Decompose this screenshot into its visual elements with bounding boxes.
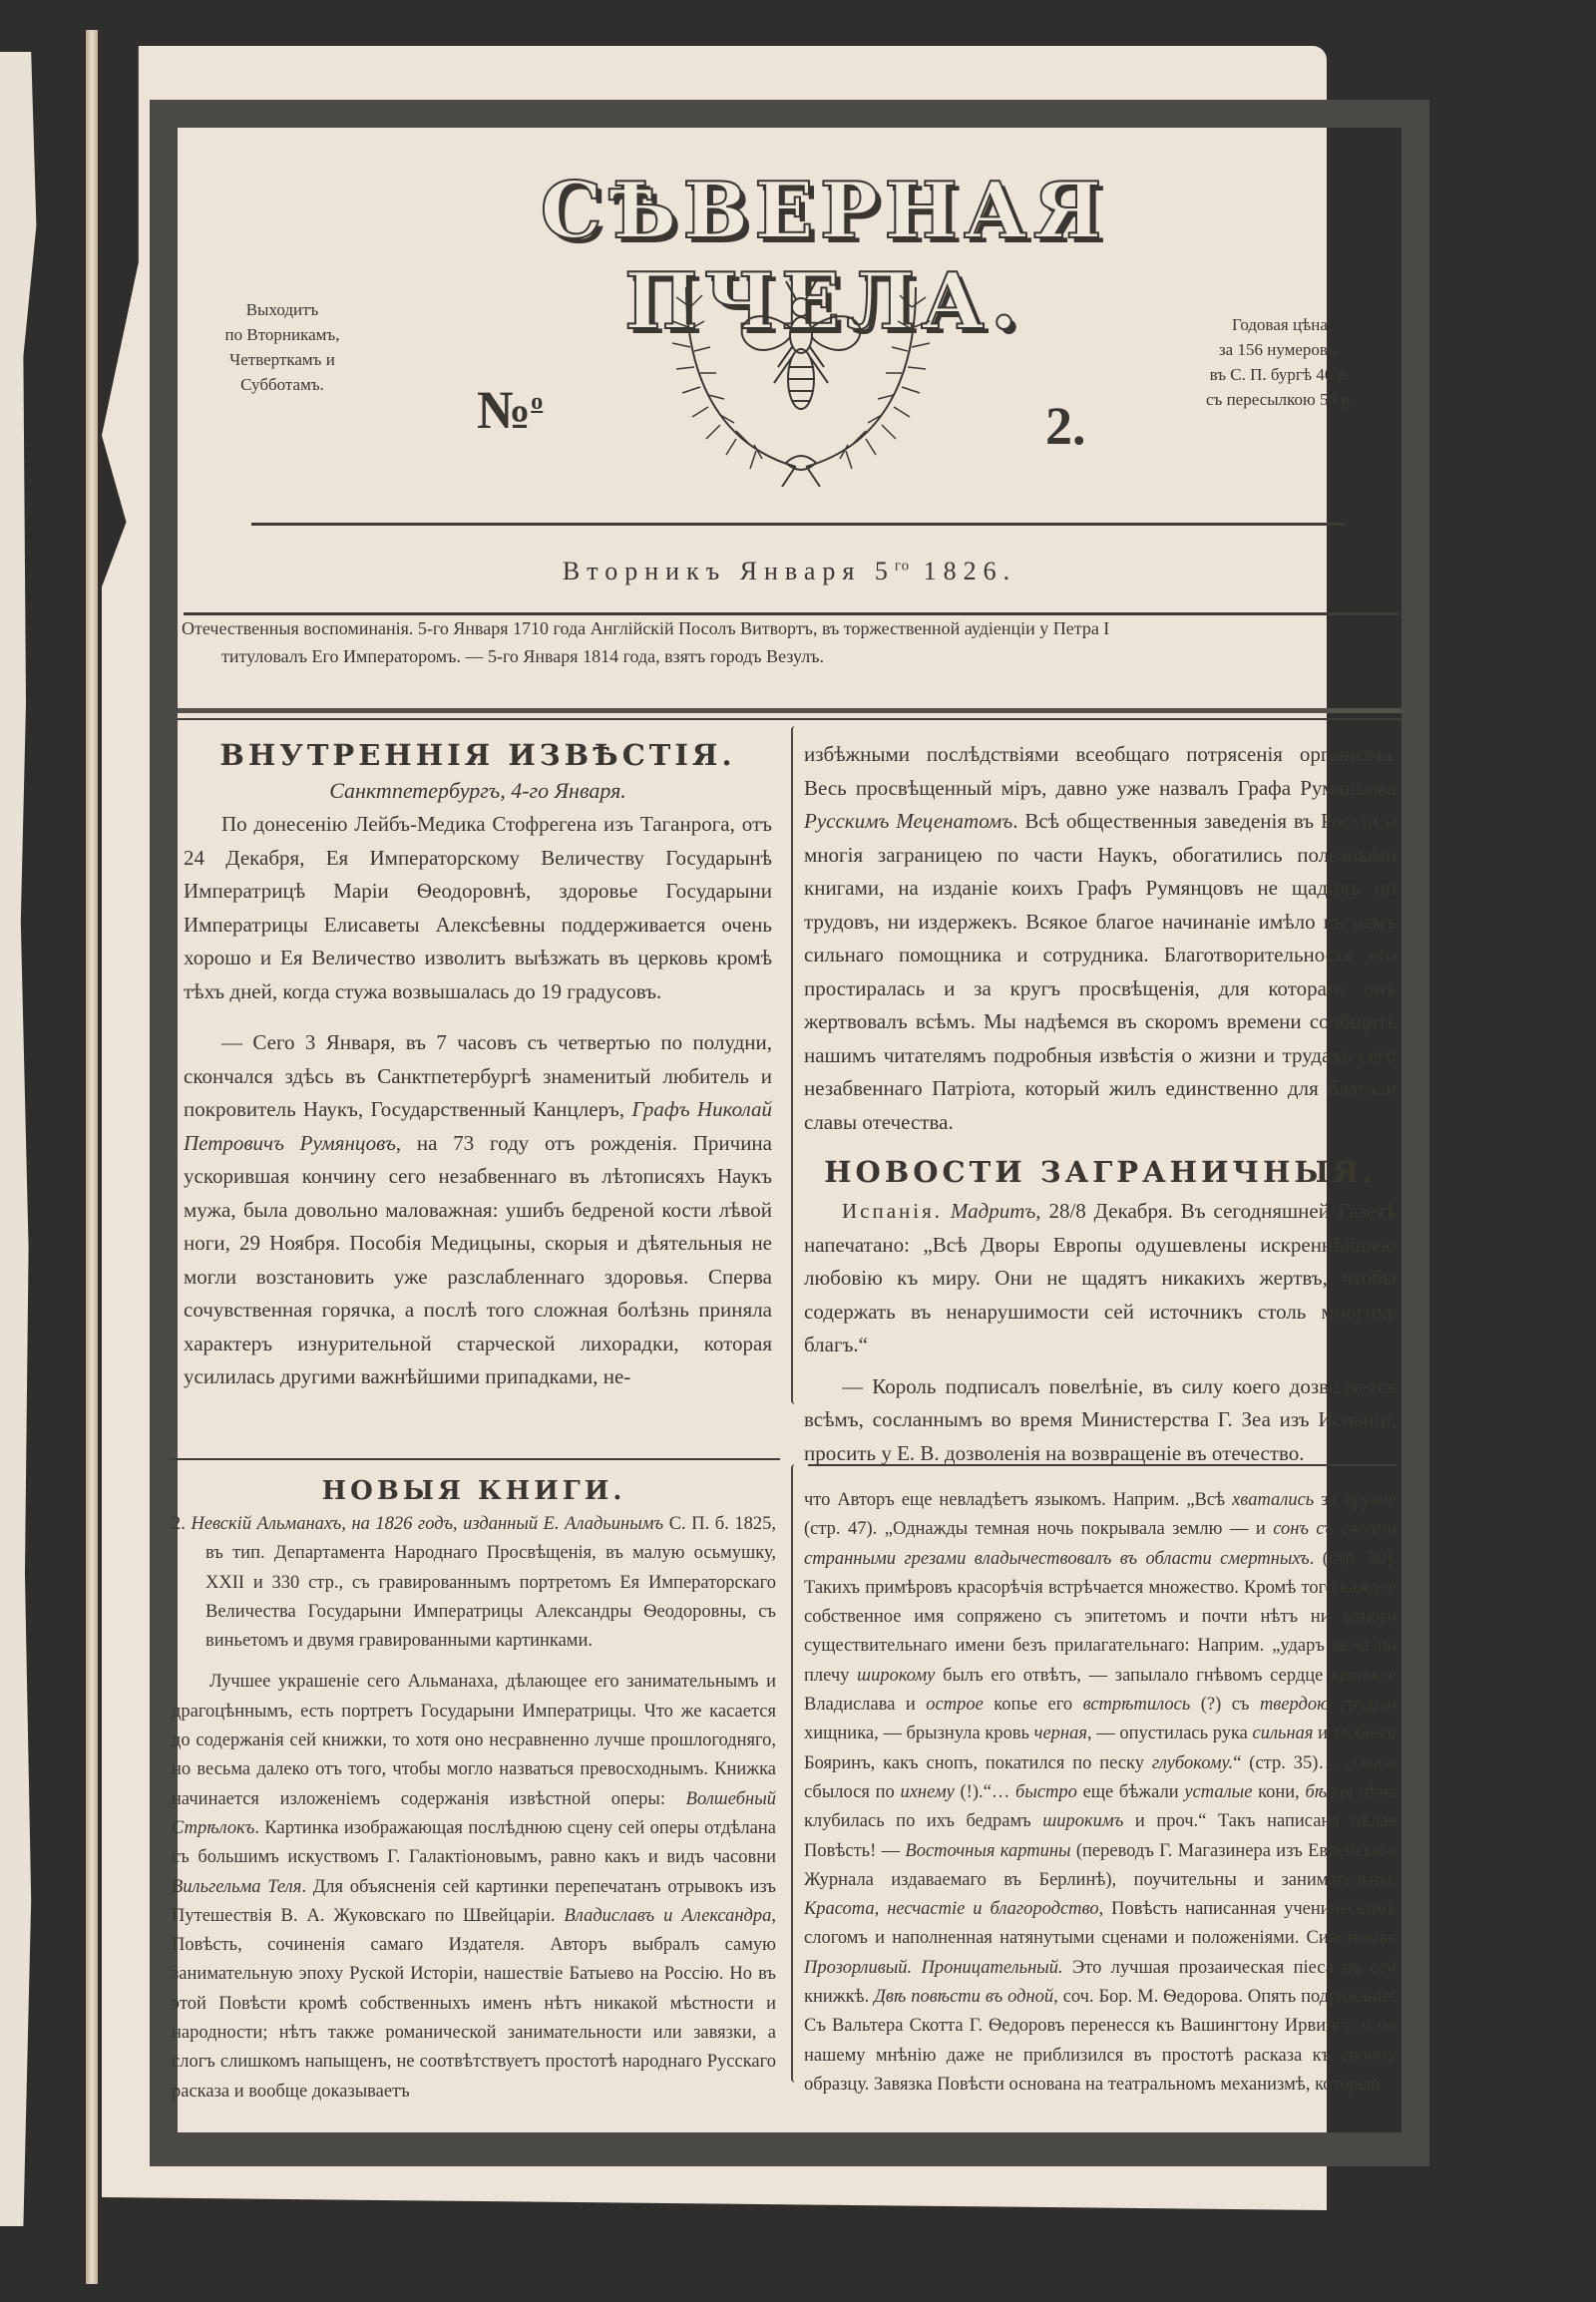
- section-double-rule: [178, 708, 1401, 720]
- domestic-news-continued-column: избѣжными послѣдствіями всеобщаго потряс…: [804, 738, 1396, 1470]
- section-rule-left: [170, 1458, 780, 1460]
- torn-previous-page-scrap: [0, 52, 52, 2226]
- article-paragraph: — Сего 3 Января, въ 7 часовъ съ четверть…: [184, 1026, 772, 1394]
- issue-number: 2.: [1045, 395, 1086, 457]
- masthead-rule: [251, 523, 1345, 526]
- article-paragraph: По донесенію Лейбъ-Медика Стофрегена изъ…: [184, 808, 772, 1008]
- column-divider-upper: [791, 726, 799, 1404]
- domestic-news-column: ВНУТРЕННІЯ ИЗВѢСТІЯ. Санктпетербургъ, 4-…: [184, 738, 772, 1394]
- book-review-continued: что Авторъ еще невладѣетъ языкомъ. Напри…: [804, 1486, 1396, 2100]
- book-review-paragraph: Лучшее украшеніе сего Альманаха, дѣлающе…: [172, 1668, 776, 2106]
- article-paragraph: избѣжными послѣдствіями всеобщаго потряс…: [804, 738, 1396, 1139]
- issue-number-sign: №о: [477, 379, 543, 441]
- subscription-price: Годовая цѣна за 156 нумеровъ: въ С. П. б…: [1185, 312, 1375, 412]
- section-rule-right: [808, 1464, 1396, 1466]
- new-books-continued-column: что Авторъ еще невладѣетъ языкомъ. Напри…: [804, 1486, 1396, 2100]
- bee-wreath-emblem-icon: [646, 267, 956, 487]
- book-entry: 2. Невскій Альманахъ, на 1826 годъ, изда…: [172, 1510, 776, 1656]
- historical-memories: Отечественныя воспоминанія. 5-го Января …: [178, 614, 1405, 670]
- section-title-domestic: ВНУТРЕННІЯ ИЗВѢСТІЯ.: [184, 738, 772, 772]
- article-paragraph: Испанія. Мадритъ, 28/8 Декабря. Въ сегод…: [804, 1195, 1396, 1362]
- section-title-foreign: НОВОСТИ ЗАГРАНИЧНЫЯ.: [804, 1155, 1396, 1189]
- new-books-column: НОВЫЯ КНИГИ. 2. Невскій Альманахъ, на 18…: [172, 1476, 776, 2107]
- column-divider-lower: [791, 1464, 799, 2083]
- publication-schedule: Выходитъ по Вторникамъ, Четверткамъ и Су…: [198, 297, 367, 397]
- domestic-dateline: Санктпетербургъ, 4-го Января.: [184, 778, 772, 804]
- section-title-books: НОВЫЯ КНИГИ.: [172, 1476, 776, 1506]
- article-paragraph: — Король подписалъ повелѣніе, въ силу ко…: [804, 1370, 1396, 1471]
- issue-date: Вторникъ Января 5го 1826.: [178, 557, 1401, 586]
- binding-spine: [86, 30, 98, 2284]
